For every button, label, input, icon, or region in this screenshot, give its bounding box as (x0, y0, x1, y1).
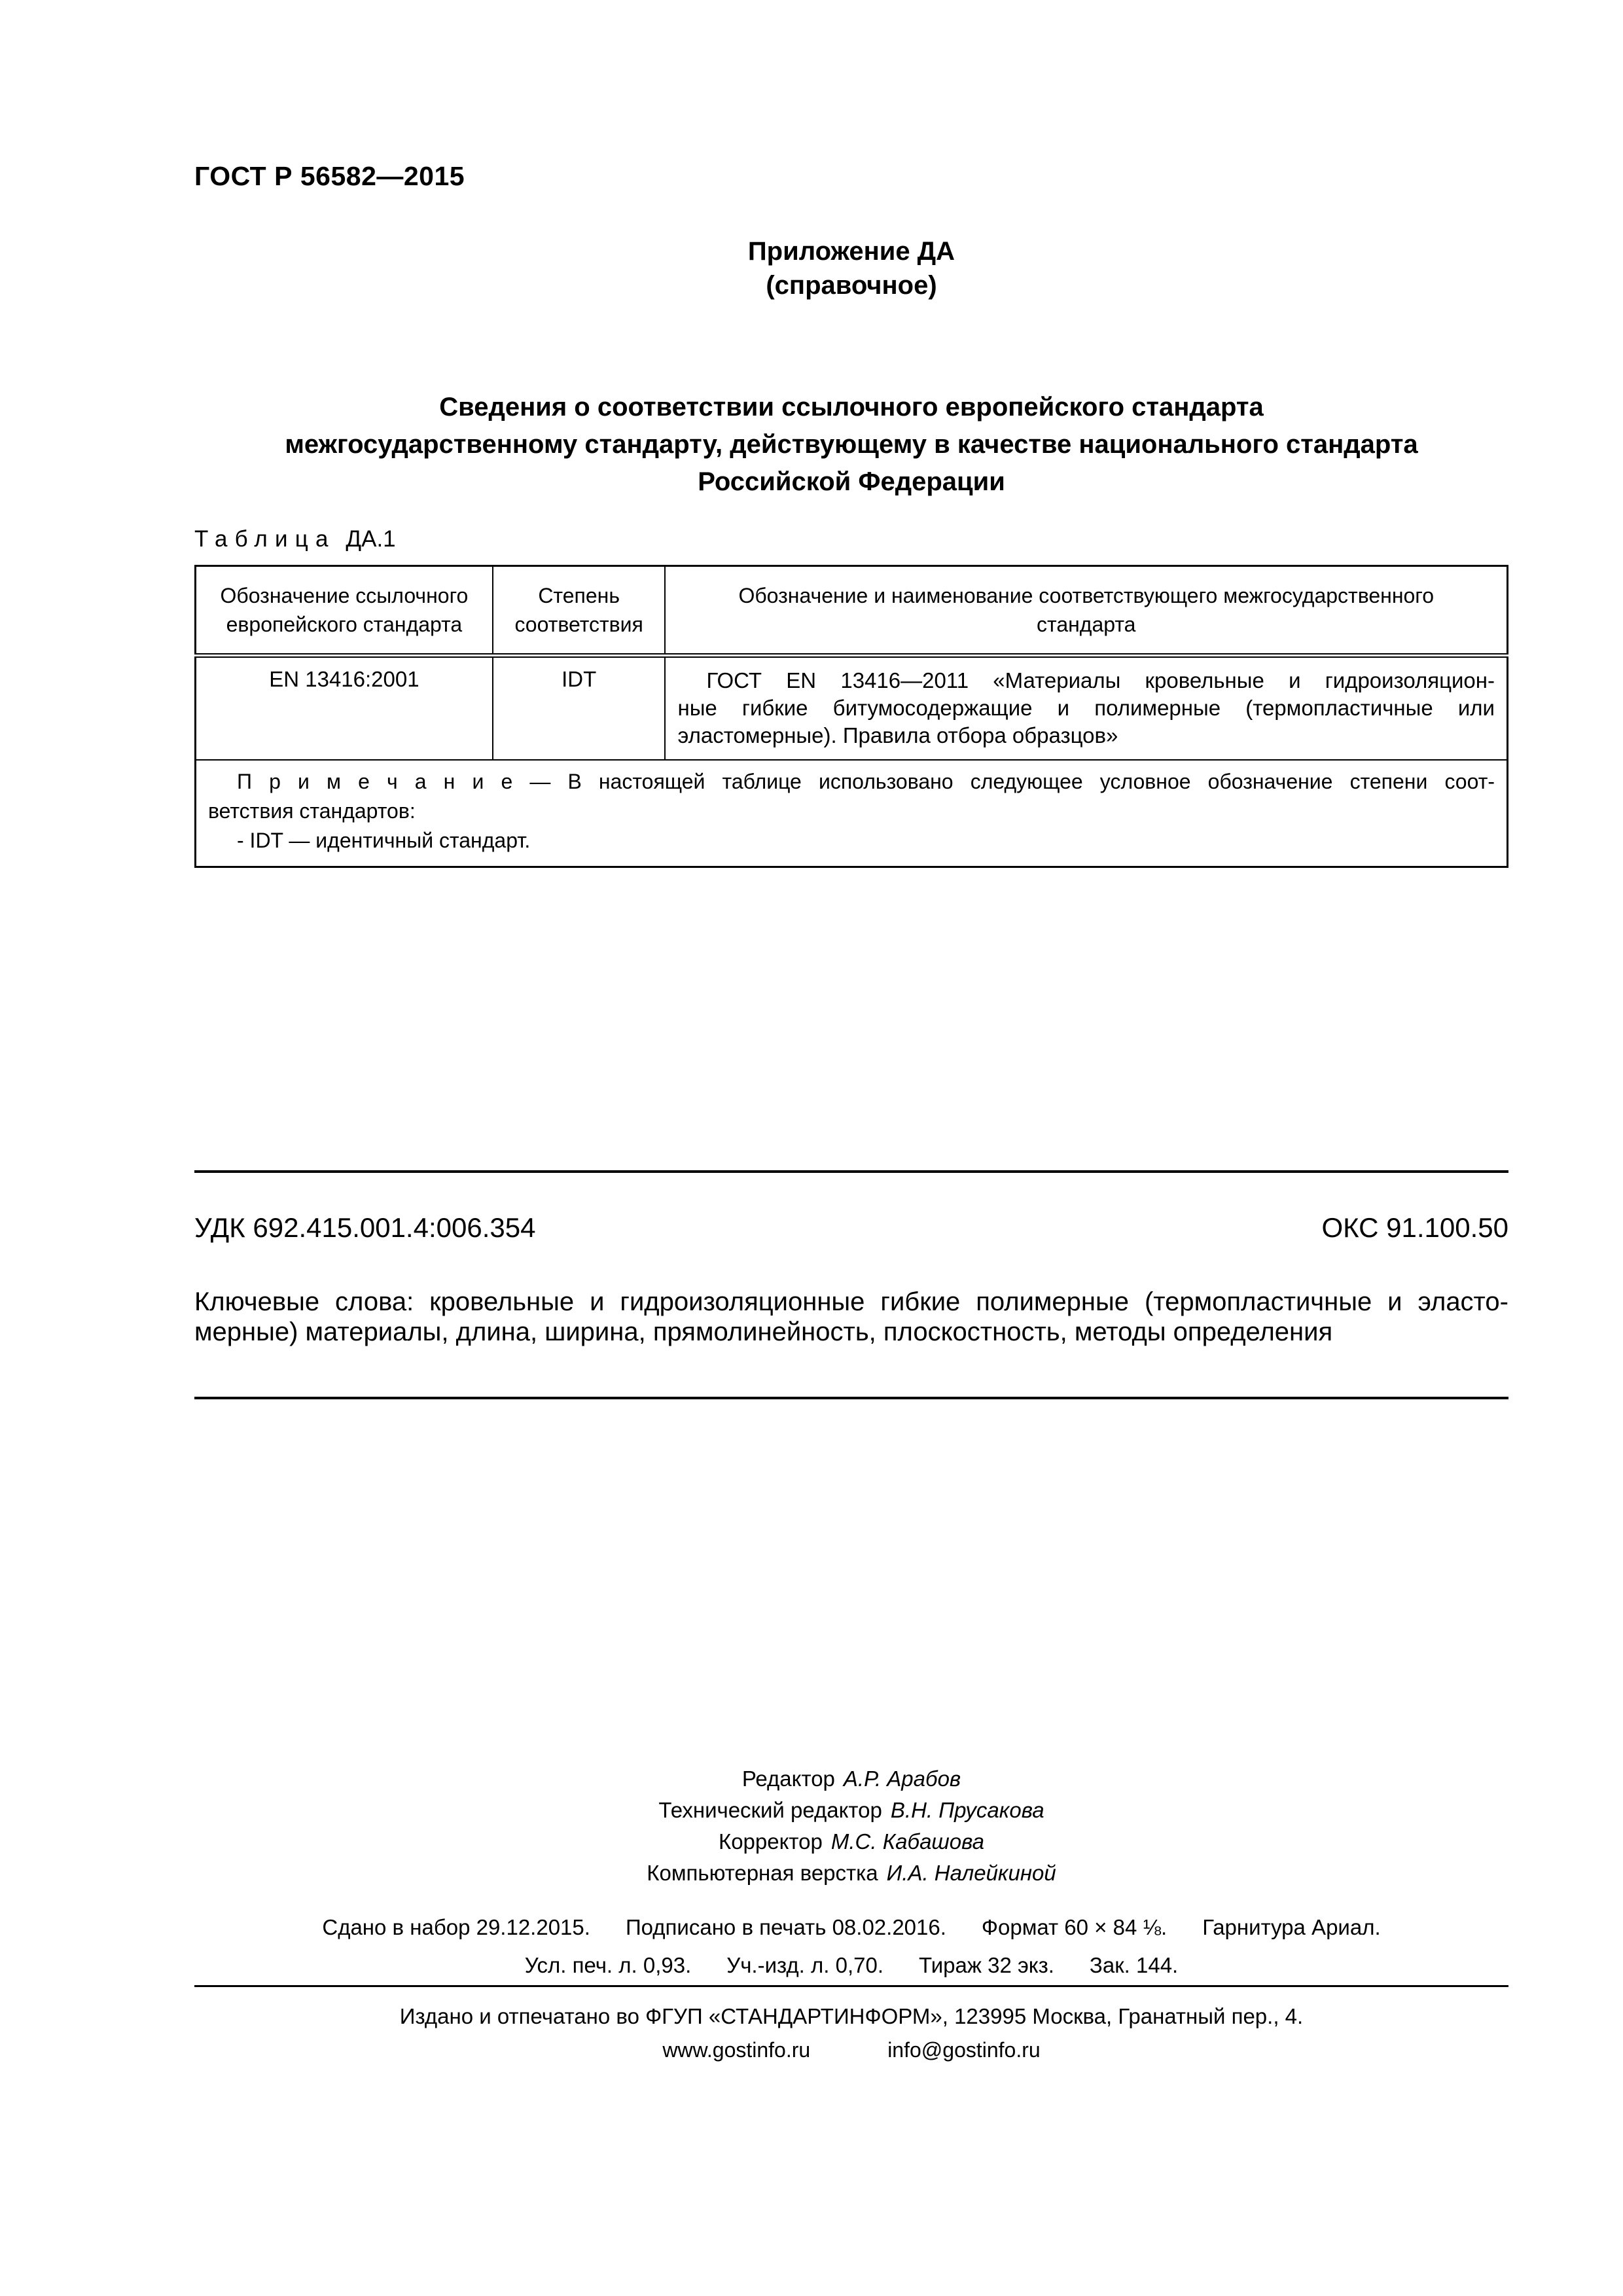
colophon-row-corrector: КорректорМ.С. Кабашова (194, 1826, 1508, 1857)
colophon-label: Компьютерная верстка (647, 1861, 878, 1885)
table-caption: ТаблицаДА.1 (194, 526, 396, 552)
udk-code: УДК 692.415.001.4:006.354 (194, 1212, 535, 1244)
table-caption-word: Таблица (194, 526, 336, 552)
document-title: Сведения о соответствии ссылочного европ… (155, 389, 1548, 501)
table-note: П р и м е ч а н и е — В настоящей таблиц… (196, 760, 1508, 867)
cell-degree: IDT (493, 656, 666, 761)
imprint-publishing-sheets: Уч.-изд. л. 0,70. (726, 1953, 883, 1978)
correspondence-table: Обозначение ссылочногоевропейского станд… (194, 565, 1508, 868)
doc-number: ГОСТ Р 56582—2015 (194, 161, 465, 192)
colophon-label: Редактор (742, 1767, 835, 1791)
gost-document-page: ГОСТ Р 56582—2015 Приложение ДА (справоч… (0, 0, 1623, 2296)
publisher-email: info@gostinfo.ru (887, 2038, 1041, 2062)
col-header-interstate-standard: Обозначение и наименование соответствующ… (665, 566, 1507, 656)
table-caption-number: ДА.1 (346, 526, 395, 552)
colophon-name: И.А. Налейкиной (887, 1861, 1056, 1885)
annex-title: Приложение ДА (194, 234, 1508, 268)
colophon: РедакторА.Р. Арабов Технический редактор… (194, 1763, 1508, 1889)
cell-european-standard: EN 13416:2001 (196, 656, 493, 761)
colophon-row-layout: Компьютерная версткаИ.А. Налейкиной (194, 1857, 1508, 1889)
divider-rule-bottom (194, 1985, 1508, 1987)
keywords-paragraph: Ключевые слова: кровельные и гидроизоляц… (194, 1287, 1508, 1347)
publisher-website: www.gostinfo.ru (662, 2038, 810, 2062)
publisher-links: www.gostinfo.ru info@gostinfo.ru (194, 2038, 1508, 2062)
codes-row: УДК 692.415.001.4:006.354 ОКС 91.100.50 (194, 1212, 1508, 1244)
imprint-circulation: Тираж 32 экз. (919, 1953, 1054, 1978)
imprint-line-2: Усл. печ. л. 0,93. Уч.-изд. л. 0,70. Тир… (194, 1953, 1508, 1978)
colophon-row-technical-editor: Технический редакторВ.Н. Прусакова (194, 1795, 1508, 1826)
imprint-order-number: Зак. 144. (1090, 1953, 1178, 1978)
colophon-label: Технический редактор (658, 1798, 882, 1822)
annex-subtitle: (справочное) (194, 268, 1508, 302)
colophon-label: Корректор (719, 1829, 823, 1854)
divider-rule-keywords (194, 1397, 1508, 1399)
imprint-format: Формат 60 × 84 ⅛. (982, 1915, 1167, 1940)
imprint-line-1: Сдано в набор 29.12.2015. Подписано в пе… (194, 1915, 1508, 1940)
colophon-name: А.Р. Арабов (844, 1767, 961, 1791)
col-header-european-standard: Обозначение ссылочногоевропейского станд… (196, 566, 493, 656)
divider-rule-top (194, 1170, 1508, 1173)
imprint-print-date: Подписано в печать 08.02.2016. (626, 1915, 946, 1940)
imprint-printed-sheets: Усл. печ. л. 0,93. (525, 1953, 692, 1978)
colophon-row-editor: РедакторА.Р. Арабов (194, 1763, 1508, 1795)
colophon-name: М.С. Кабашова (831, 1829, 984, 1854)
table-header-row: Обозначение ссылочногоевропейского станд… (196, 566, 1508, 656)
table-note-row: П р и м е ч а н и е — В настоящей таблиц… (196, 760, 1508, 867)
colophon-name: В.Н. Прусакова (891, 1798, 1044, 1822)
imprint-typeset-date: Сдано в набор 29.12.2015. (322, 1915, 590, 1940)
annex-heading: Приложение ДА (справочное) (194, 234, 1508, 302)
cell-interstate-standard: ГОСТ EN 13416—2011 «Материалы кровельные… (665, 656, 1507, 761)
table-row: EN 13416:2001 IDT ГОСТ EN 13416—2011 «Ма… (196, 656, 1508, 761)
imprint-typeface: Гарнитура Ариал. (1202, 1915, 1380, 1940)
oks-code: ОКС 91.100.50 (1321, 1212, 1508, 1244)
publisher-address: Издано и отпечатано во ФГУП «СТАНДАРТИНФ… (194, 2004, 1508, 2029)
col-header-degree-of-correspondence: Степеньсоответствия (493, 566, 666, 656)
